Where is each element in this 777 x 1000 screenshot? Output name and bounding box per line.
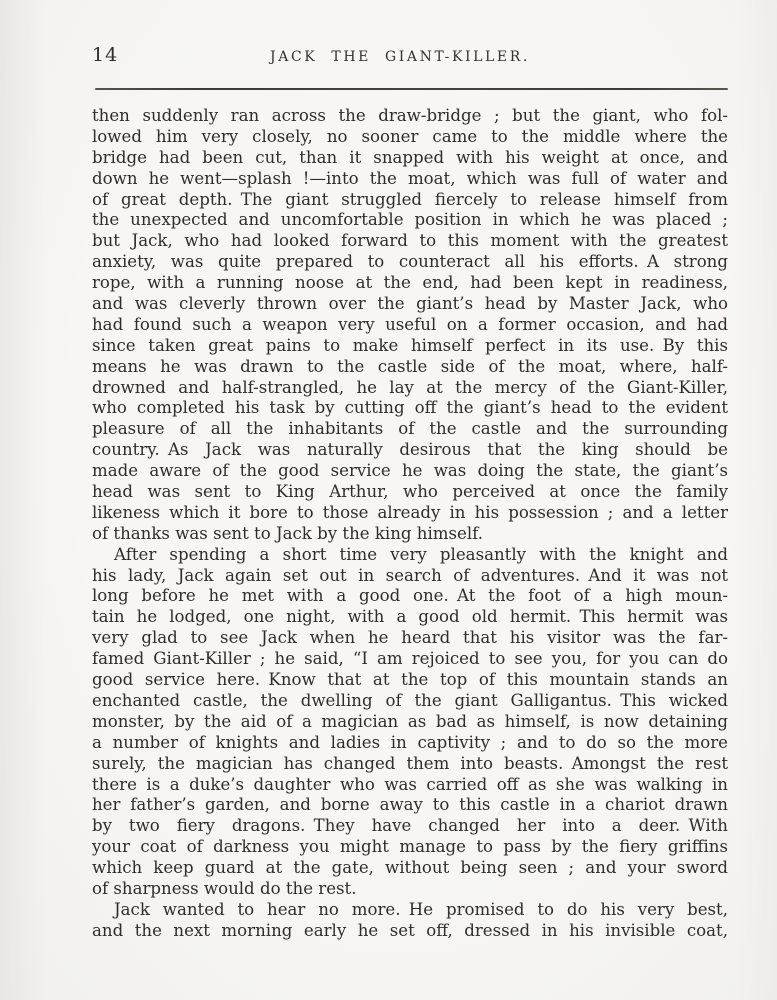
text-line: and the next morning early he set off, d…: [92, 921, 728, 942]
text-line: lowed him very closely, no sooner came t…: [92, 127, 728, 148]
text-line: rope, with a running noose at the end, h…: [92, 273, 728, 294]
paragraph: Jack wanted to hear no more. He promised…: [92, 900, 728, 942]
text-line: had found such a weapon very useful on a…: [92, 315, 728, 336]
text-line: there is a duke’s daughter who was carri…: [92, 775, 728, 796]
text-line: After spending a short time very pleasan…: [92, 545, 728, 566]
text-line: a number of knights and ladies in captiv…: [92, 733, 728, 754]
text-line: anxiety, was quite prepared to counterac…: [92, 252, 728, 273]
text-line: of thanks was sent to Jack by the king h…: [92, 524, 728, 545]
text-line: your coat of darkness you might manage t…: [92, 837, 728, 858]
text-line: likeness which it bore to those already …: [92, 503, 728, 524]
text-line: country. As Jack was naturally desirous …: [92, 440, 728, 461]
text-line: of sharpness would do the rest.: [92, 879, 728, 900]
text-line: good service here. Know that at the top …: [92, 670, 728, 691]
text-line: drowned and half-strangled, he lay at th…: [92, 378, 728, 399]
text-line: and was cleverly thrown over the giant’s…: [92, 294, 728, 315]
text-line: down he went—splash !—into the moat, whi…: [92, 169, 728, 190]
text-line: of great depth. The giant struggled fier…: [92, 190, 728, 211]
text-line: her father’s garden, and borne away to t…: [92, 795, 728, 816]
text-line: long before he met with a good one. At t…: [92, 586, 728, 607]
text-line: means he was drawn to the castle side of…: [92, 357, 728, 378]
running-title: JACK THE GIANT-KILLER.: [80, 49, 720, 65]
text-line: by two fiery dragons. They have changed …: [92, 816, 728, 837]
body-text: then suddenly ran across the draw-bridge…: [92, 106, 728, 942]
text-line: enchanted castle, the dwelling of the gi…: [92, 691, 728, 712]
paragraph: then suddenly ran across the draw-bridge…: [92, 106, 728, 545]
text-line: who completed his task by cutting off th…: [92, 398, 728, 419]
text-line: the unexpected and uncomfortable positio…: [92, 210, 728, 231]
text-line: which keep guard at the gate, without be…: [92, 858, 728, 879]
text-line: surely, the magician has changed them in…: [92, 754, 728, 775]
text-line: pleasure of all the inhabitants of the c…: [92, 419, 728, 440]
text-line: monster, by the aid of a magician as bad…: [92, 712, 728, 733]
text-line: Jack wanted to hear no more. He promised…: [92, 900, 728, 921]
text-line: since taken great pains to make himself …: [92, 336, 728, 357]
text-line: bridge had been cut, than it snapped wit…: [92, 148, 728, 169]
text-line: very glad to see Jack when he heard that…: [92, 628, 728, 649]
text-line: but Jack, who had looked forward to this…: [92, 231, 728, 252]
text-line: tain he lodged, one night, with a good o…: [92, 607, 728, 628]
text-line: then suddenly ran across the draw-bridge…: [92, 106, 728, 127]
text-line: famed Giant-Killer ; he said, “I am rejo…: [92, 649, 728, 670]
text-line: head was sent to King Arthur, who percei…: [92, 482, 728, 503]
text-line: made aware of the good service he was do…: [92, 461, 728, 482]
text-line: his lady, Jack again set out in search o…: [92, 566, 728, 587]
paragraph: After spending a short time very pleasan…: [92, 545, 728, 900]
header-rule: [95, 88, 728, 90]
book-page: 14 JACK THE GIANT-KILLER. then suddenly …: [0, 0, 777, 1000]
